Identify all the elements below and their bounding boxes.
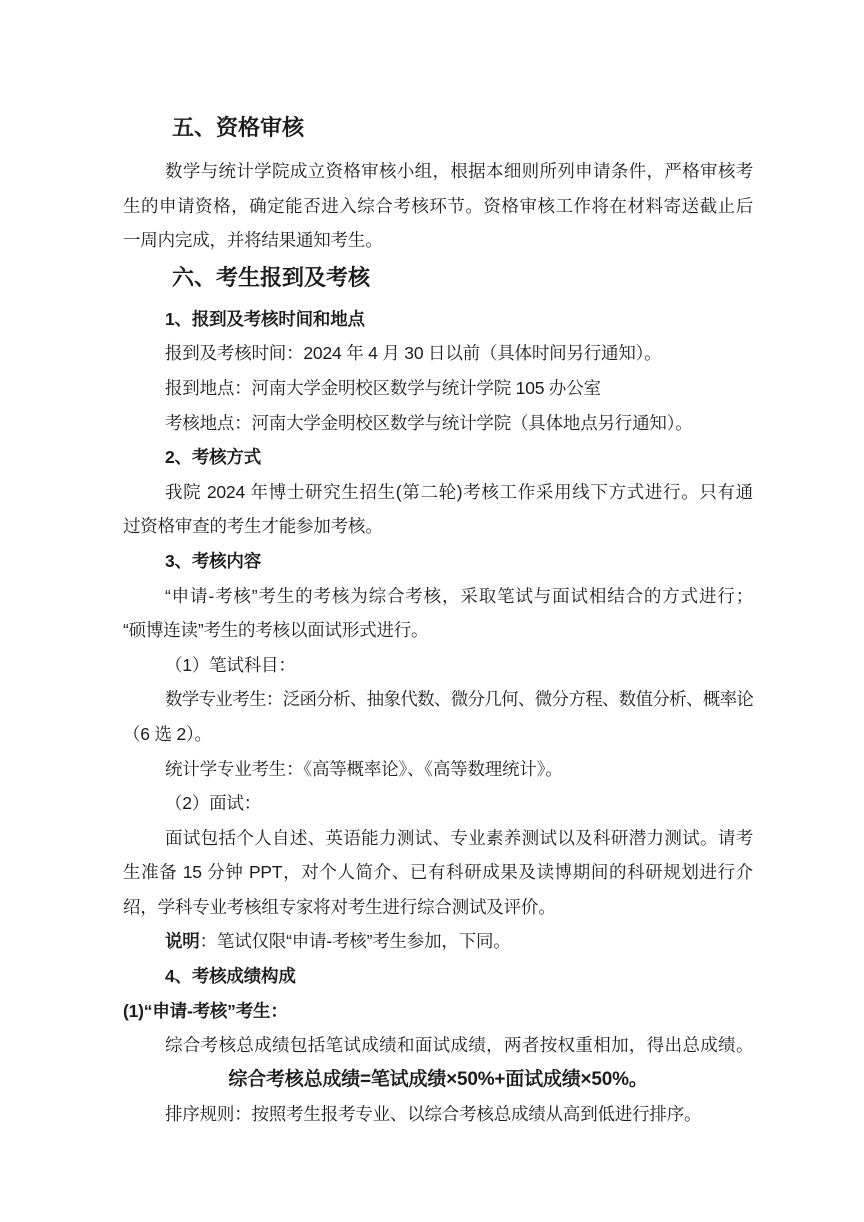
- ranking-rule-line: 排序规则：按照考生报考专业、以综合考核总成绩从高到低进行排序。: [123, 1097, 753, 1132]
- interview-paragraph-line: 生准备 15 分钟 PPT，对个人简介、已有科研成果及读博期间的科研规划进行介: [123, 855, 753, 890]
- subsection-2-paragraph-line: 过资格审查的考生才能参加考核。: [123, 509, 753, 544]
- subsection-2-paragraph-line: 我院 2024 年博士研究生招生(第二轮)考核工作采用线下方式进行。只有通: [123, 475, 753, 510]
- note-line: 说明：笔试仅限“申请-考核”考生参加，下同。: [123, 924, 753, 959]
- subsection-3-paragraph-line: “硕博连读”考生的考核以面试形式进行。: [123, 613, 753, 648]
- checkin-time-line: 报到及考核时间：2024 年 4 月 30 日以前（具体时间另行通知）。: [123, 336, 753, 371]
- subsection-1-heading: 1、报到及考核时间和地点: [123, 302, 753, 337]
- document-content: 五、资格审核 数学与统计学院成立资格审核小组，根据本细则所列申请条件，严格审核考…: [123, 108, 753, 1132]
- subsection-3-heading: 3、考核内容: [123, 544, 753, 579]
- note-text: ：笔试仅限“申请-考核”考生参加，下同。: [200, 931, 511, 951]
- subsection-4-heading: 4、考核成绩构成: [123, 959, 753, 994]
- written-exam-stat-line: 统计学专业考生：《高等概率论》、《高等数理统计》。: [123, 752, 753, 787]
- section-5-paragraph-line: 一周内完成，并将结果通知考生。: [123, 223, 753, 258]
- section-6-heading: 六、考生报到及考核: [123, 258, 753, 298]
- interview-title: （2）面试：: [123, 786, 753, 821]
- assessment-place-line: 考核地点：河南大学金明校区数学与统计学院（具体地点另行通知）。: [123, 406, 753, 441]
- subsection-2-heading: 2、考核方式: [123, 440, 753, 475]
- interview-paragraph-line: 绍，学科专业考核组专家将对考生进行综合测试及评价。: [123, 890, 753, 925]
- checkin-place-line: 报到地点：河南大学金明校区数学与统计学院 105 办公室: [123, 371, 753, 406]
- score-formula-line: 综合考核总成绩=笔试成绩×50%+面试成绩×50%。: [123, 1063, 753, 1098]
- candidate-type-title: (1)“申请-考核”考生：: [123, 994, 753, 1029]
- score-composition-line: 综合考核总成绩包括笔试成绩和面试成绩，两者按权重相加，得出总成绩。: [123, 1028, 753, 1063]
- section-5-heading: 五、资格审核: [123, 108, 753, 148]
- note-label: 说明: [165, 931, 200, 951]
- written-exam-title: （1）笔试科目：: [123, 648, 753, 683]
- document-page: 五、资格审核 数学与统计学院成立资格审核小组，根据本细则所列申请条件，严格审核考…: [0, 0, 864, 1222]
- written-exam-math-line: 数学专业考生：泛函分析、抽象代数、微分几何、微分方程、数值分析、概率论: [123, 682, 753, 717]
- written-exam-math-line: （6 选 2）。: [123, 717, 753, 752]
- subsection-3-paragraph-line: “申请-考核”考生的考核为综合考核，采取笔试与面试相结合的方式进行；: [123, 579, 753, 614]
- interview-paragraph-line: 面试包括个人自述、英语能力测试、专业素养测试以及科研潜力测试。请考: [123, 821, 753, 856]
- section-5-paragraph-line: 生的申请资格，确定能否进入综合考核环节。资格审核工作将在材料寄送截止后: [123, 189, 753, 224]
- section-5-paragraph-line: 数学与统计学院成立资格审核小组，根据本细则所列申请条件，严格审核考: [123, 154, 753, 189]
